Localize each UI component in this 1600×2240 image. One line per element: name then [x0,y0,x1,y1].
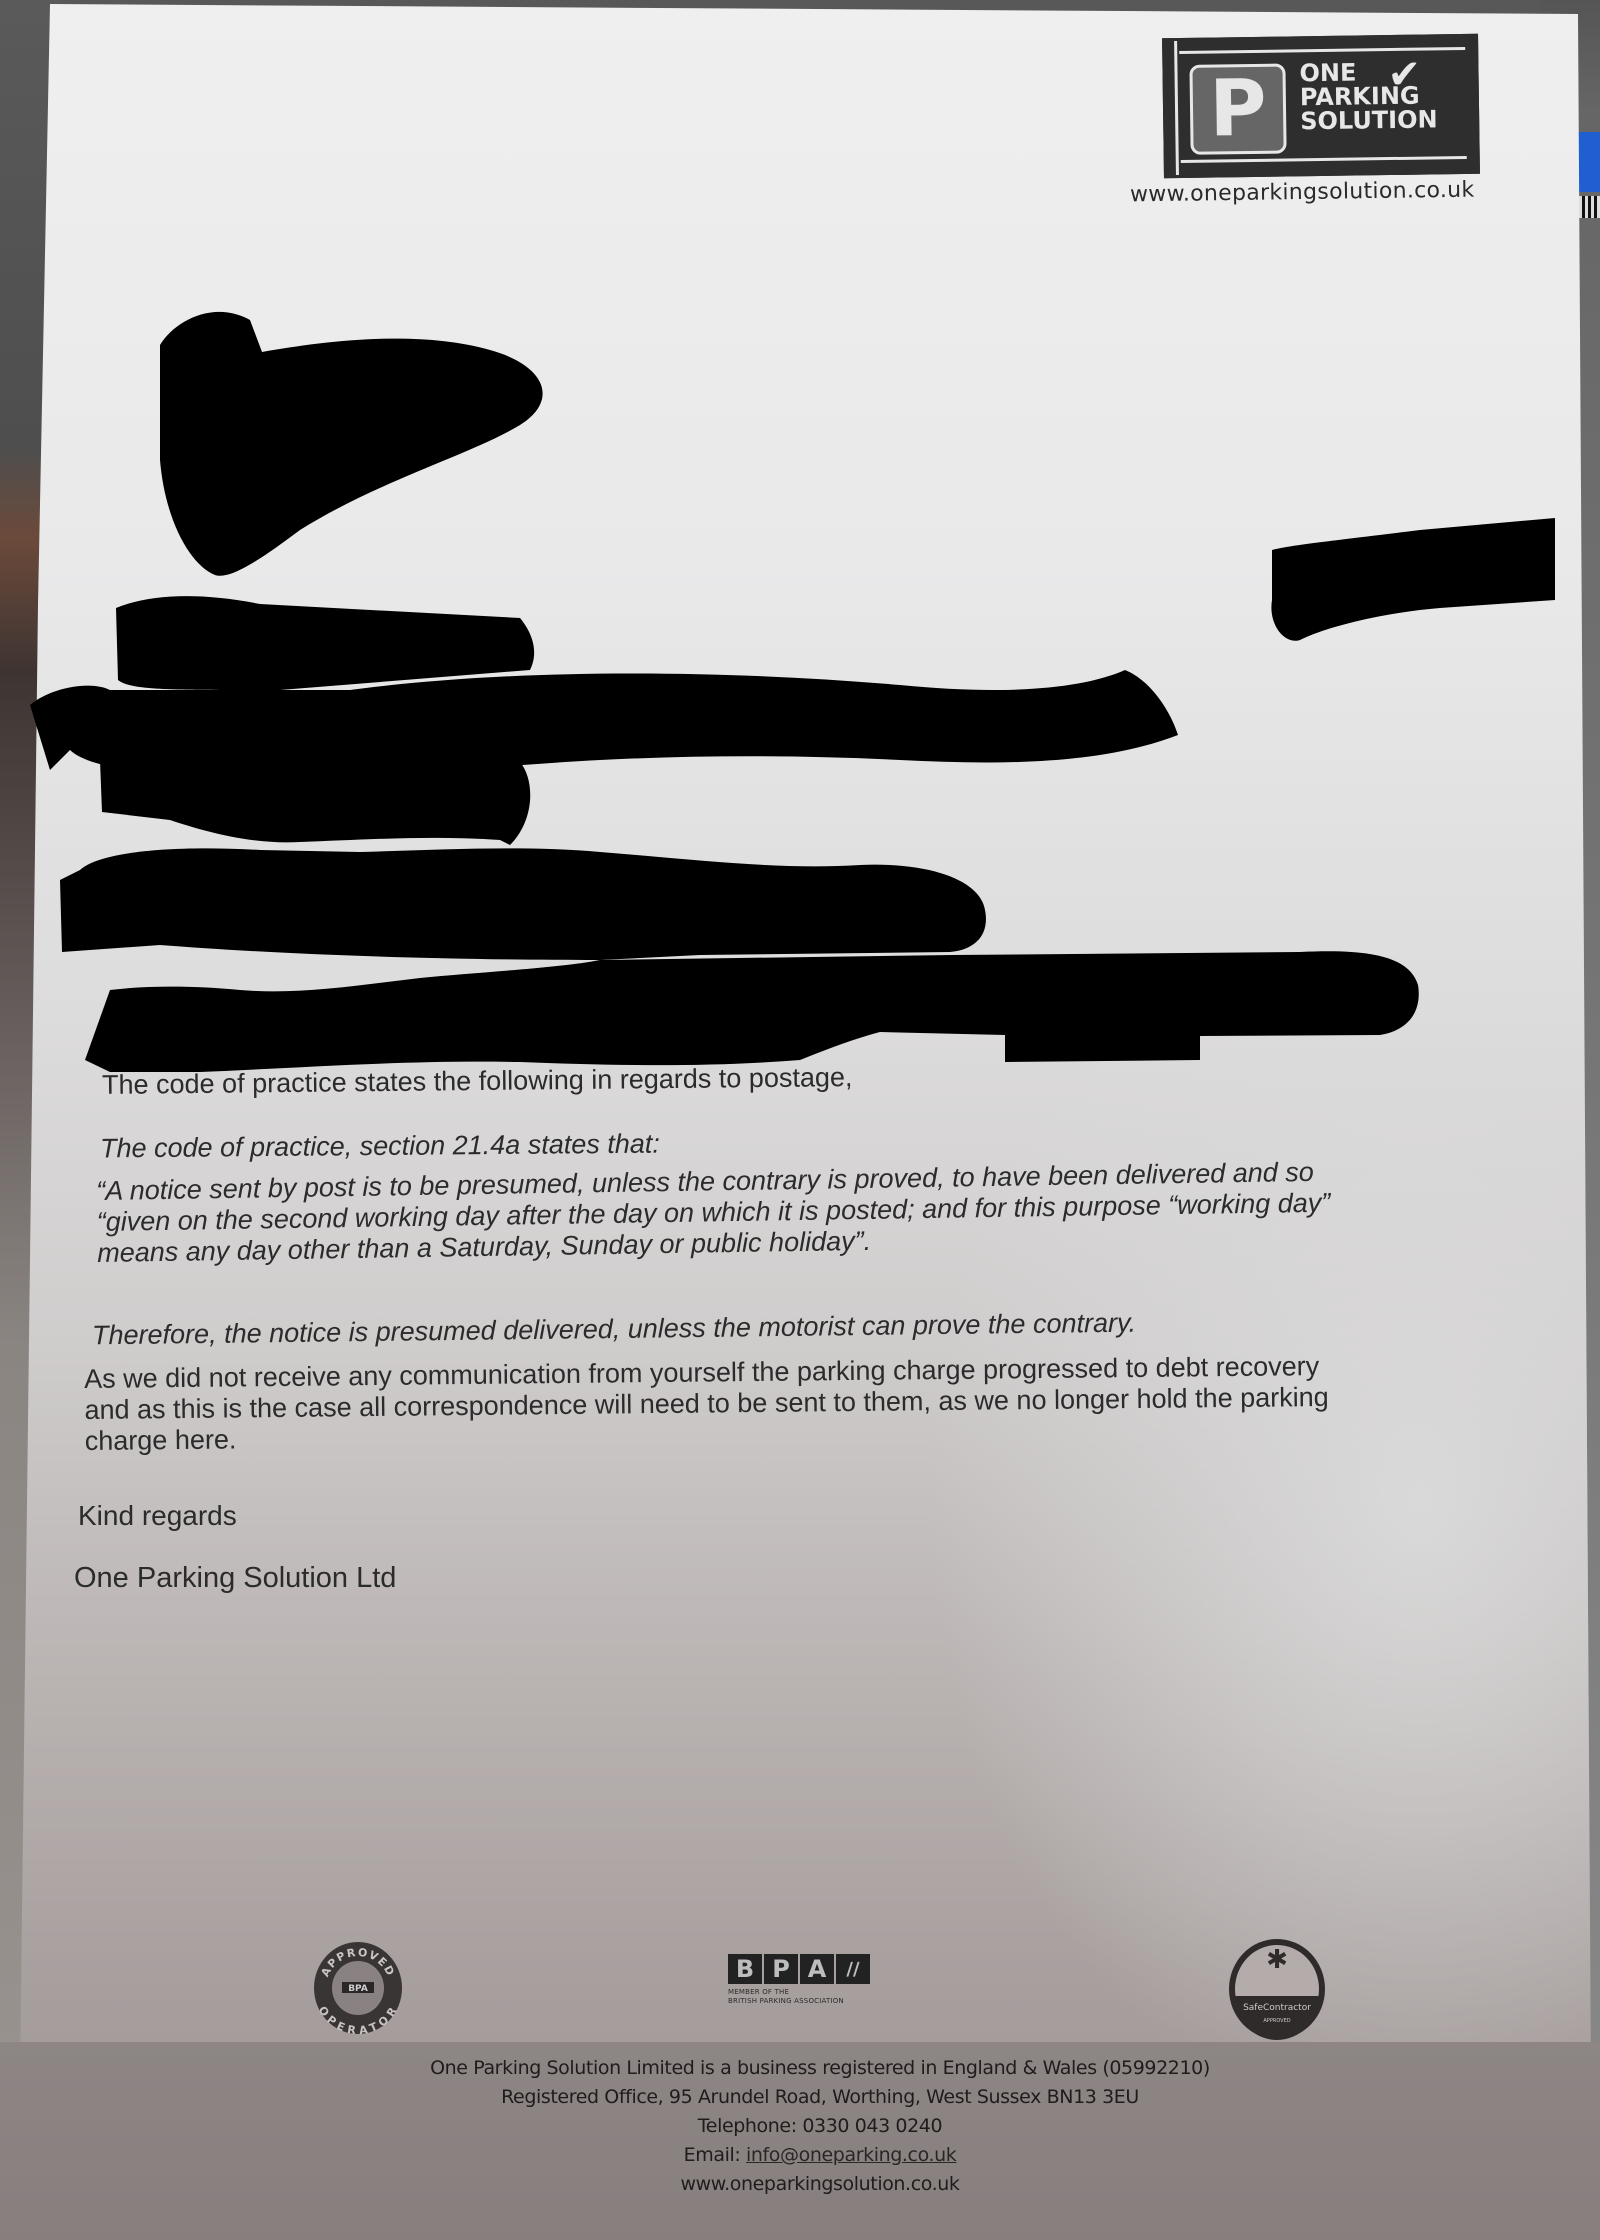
closing: Kind regards [78,1500,237,1531]
body-quote-block: “A notice sent by post is to be presumed… [96,1157,1331,1269]
footer-office: Registered Office, 95 Arundel Road, Wort… [0,2083,1600,2112]
star-of-life-icon: ✱ [1266,1945,1288,1975]
bpa-letter: P [764,1954,798,1984]
footer-email-label: Email: [684,2144,746,2166]
footer-telephone: Telephone: 0330 043 0240 [0,2112,1600,2141]
safecontractor-badge-icon: ✱ SafeContractor APPROVED [1226,1936,1328,2042]
bpa-caption-line: BRITISH PARKING ASSOCIATION [728,1997,878,2006]
bpa-caption-line: MEMBER OF THE [728,1988,878,1997]
body-paragraph-section-ref: The code of practice, section 21.4a stat… [100,1129,660,1165]
signature: One Parking Solution Ltd [74,1563,396,1594]
safecontractor-label: SafeContractor [1243,2003,1311,2013]
footer-website: www.oneparkingsolution.co.uk [0,2170,1600,2199]
footer-email-link[interactable]: info@oneparking.co.uk [746,2144,956,2166]
company-footer: One Parking Solution Limited is a busine… [0,2054,1600,2199]
road-swoosh-icon: ∕∕ [836,1954,870,1984]
badge-center-text: BPA [348,1984,368,1994]
footer-registration: One Parking Solution Limited is a busine… [0,2054,1600,2083]
bpa-member-logo: B P A ∕∕ MEMBER OF THE BRITISH PARKING A… [728,1954,878,2014]
footer-email-line: Email: info@oneparking.co.uk [0,2141,1600,2170]
bpa-letter: A [800,1954,834,1984]
body-paragraph-debt-recovery: As we did not receive any communication … [84,1351,1329,1457]
approved-operator-badge-icon: APPROVED OPERATOR BPA [312,1940,404,2036]
redaction-recipient-address [0,0,1600,1100]
safecontractor-sublabel: APPROVED [1263,2018,1290,2024]
bpa-letter: B [728,1954,762,1984]
bpa-letters: B P A ∕∕ [728,1954,878,1984]
bpa-caption: MEMBER OF THE BRITISH PARKING ASSOCIATIO… [728,1988,878,2006]
